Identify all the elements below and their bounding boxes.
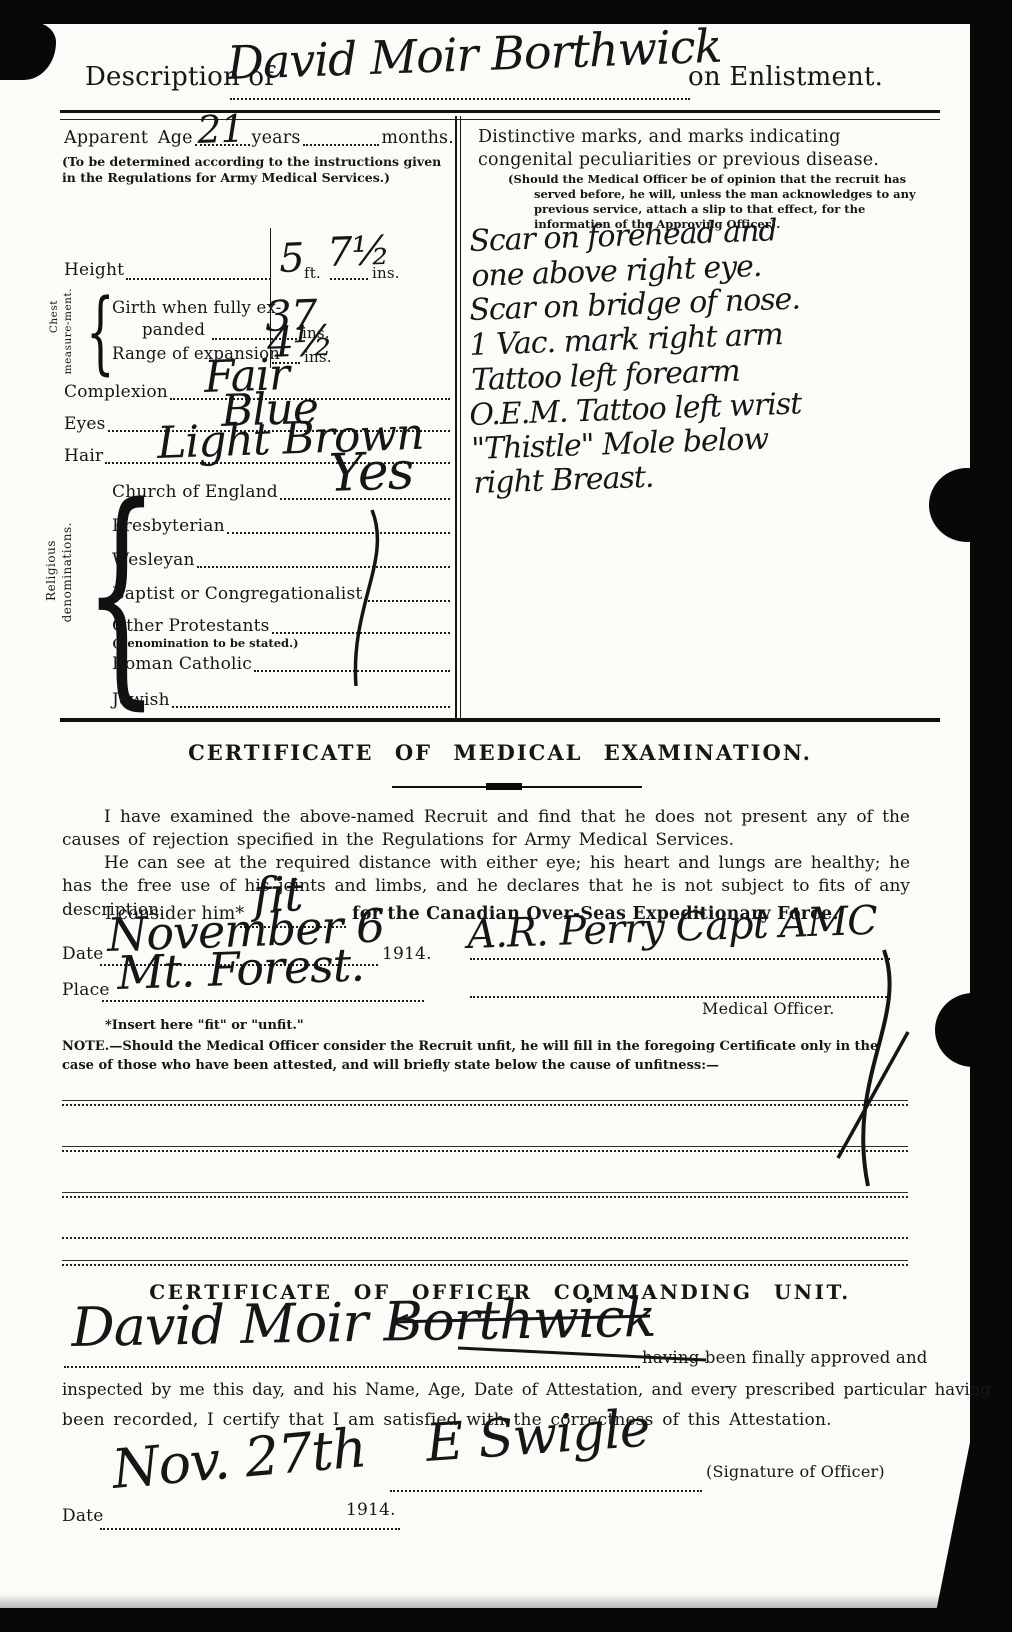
blank-rule-line-5 xyxy=(62,1260,908,1266)
chest-side-label-2: measure-ment. xyxy=(62,288,74,374)
religion-label: Baptist or Congregationalist xyxy=(112,584,362,604)
height-ft-value: 5 xyxy=(278,235,304,282)
commanding-line2: inspected by me this day, and his Name, … xyxy=(62,1380,910,1399)
religion-label: Church of England xyxy=(112,482,278,502)
medical-date-label: Date xyxy=(62,944,103,964)
officer-signature-dotted xyxy=(390,1474,702,1492)
scan-bottom-bar xyxy=(0,1608,1012,1632)
religion-row-jewish: Jewish xyxy=(112,690,452,710)
religion-row-catholic: Roman Catholic xyxy=(112,654,452,674)
religion-dotted xyxy=(172,705,450,708)
religion-label: Jewish xyxy=(112,690,170,710)
height-label: Height xyxy=(64,260,124,280)
apparent-age-label: Apparent Age xyxy=(64,128,193,148)
religion-other-note: (Denomination to be stated.) xyxy=(112,636,299,651)
apparent-age-value: 21 xyxy=(196,106,244,152)
commanding-line1-suffix: having been finally approved and xyxy=(642,1348,928,1367)
apparent-age-row: Apparent Age years months. xyxy=(64,128,454,148)
religion-label: Wesleyan xyxy=(112,550,195,570)
header-rule xyxy=(60,110,940,120)
religion-label: Roman Catholic xyxy=(112,654,252,674)
religion-label: Other Protestants xyxy=(112,616,270,636)
blank-rule-line-4 xyxy=(62,1234,908,1239)
unfit-note: NOTE.—Should the Medical Officer conside… xyxy=(62,1038,910,1076)
marks-line-8: right Breast. xyxy=(473,460,654,501)
commanding-date-year: 1914. xyxy=(346,1500,396,1520)
section-rule xyxy=(60,718,940,722)
religion-side-label-2: denominations. xyxy=(60,522,74,622)
religion-dotted xyxy=(197,565,450,568)
complexion-label: Complexion xyxy=(64,382,168,402)
religion-side-label-1: Religious xyxy=(44,540,58,601)
officer-signature-label: (Signature of Officer) xyxy=(706,1462,885,1481)
blank-rule-line-3 xyxy=(62,1192,908,1198)
marks-title: Distinctive marks, and marks indicating … xyxy=(478,126,926,172)
blank-rule-line-2 xyxy=(62,1146,908,1152)
religion-row-wesleyan: Wesleyan xyxy=(112,550,452,570)
religion-row-other: Other Protestants xyxy=(112,616,452,636)
religion-dotted xyxy=(364,599,450,602)
blank-rule-line-1 xyxy=(62,1100,908,1106)
medical-date-year: 1914. xyxy=(382,944,432,964)
page-title-suffix: on Enlistment. xyxy=(688,62,883,92)
commanding-date-label: Date xyxy=(62,1506,103,1526)
mo-label: Medical Officer. xyxy=(702,999,835,1018)
religion-label: Presbyterian xyxy=(112,516,225,536)
chest-brace: { xyxy=(86,288,115,378)
scan-corner-wedge xyxy=(936,1430,1012,1612)
religion-answer: Yes xyxy=(328,441,414,504)
height-in-value: 7½ xyxy=(326,228,390,276)
scan-topleft-blob xyxy=(0,22,56,80)
mo-signature-dotted2 xyxy=(470,980,890,998)
age-years-label: years xyxy=(252,128,301,148)
girth-label-line2: panded xyxy=(142,320,205,339)
place-value: Mt. Forest. xyxy=(116,937,365,1000)
commanding-name-dotted xyxy=(64,1350,640,1368)
chest-side-label-1: Chest xyxy=(48,300,60,333)
girth-label-line1: Girth when fully ex- xyxy=(112,298,281,317)
medical-title-divider-thick xyxy=(486,783,522,790)
column-divider xyxy=(455,116,461,720)
religion-row-presbyterian: Presbyterian xyxy=(112,516,452,536)
commanding-name: David Moir Borthwick xyxy=(71,1286,656,1359)
religion-dotted xyxy=(227,531,450,534)
height-dotted xyxy=(126,262,271,280)
insert-note: *Insert here "fit" or "unfit." xyxy=(105,1018,304,1035)
age-note: (To be determined according to the instr… xyxy=(62,154,454,187)
height-ft-unit: ft. xyxy=(304,264,321,282)
enlistment-form-page: Description of David Moir Borthwick on E… xyxy=(0,0,1012,1632)
medical-cert-title: CERTIFICATE OF MEDICAL EXAMINATION. xyxy=(60,740,940,765)
eyes-label: Eyes xyxy=(64,414,106,434)
religion-dotted xyxy=(254,669,450,672)
religion-dotted xyxy=(272,631,450,634)
punch-hole-top xyxy=(929,468,1005,542)
medical-paragraph-1: I have examined the above-named Recruit … xyxy=(62,806,910,853)
scan-top-bar xyxy=(0,0,1012,24)
age-months-label: months. xyxy=(381,128,454,148)
name-dotted-line xyxy=(230,80,690,100)
punch-hole-bottom xyxy=(935,993,1011,1067)
age-dotted2 xyxy=(303,143,380,146)
religion-row-baptist: Baptist or Congregationalist xyxy=(112,584,452,604)
